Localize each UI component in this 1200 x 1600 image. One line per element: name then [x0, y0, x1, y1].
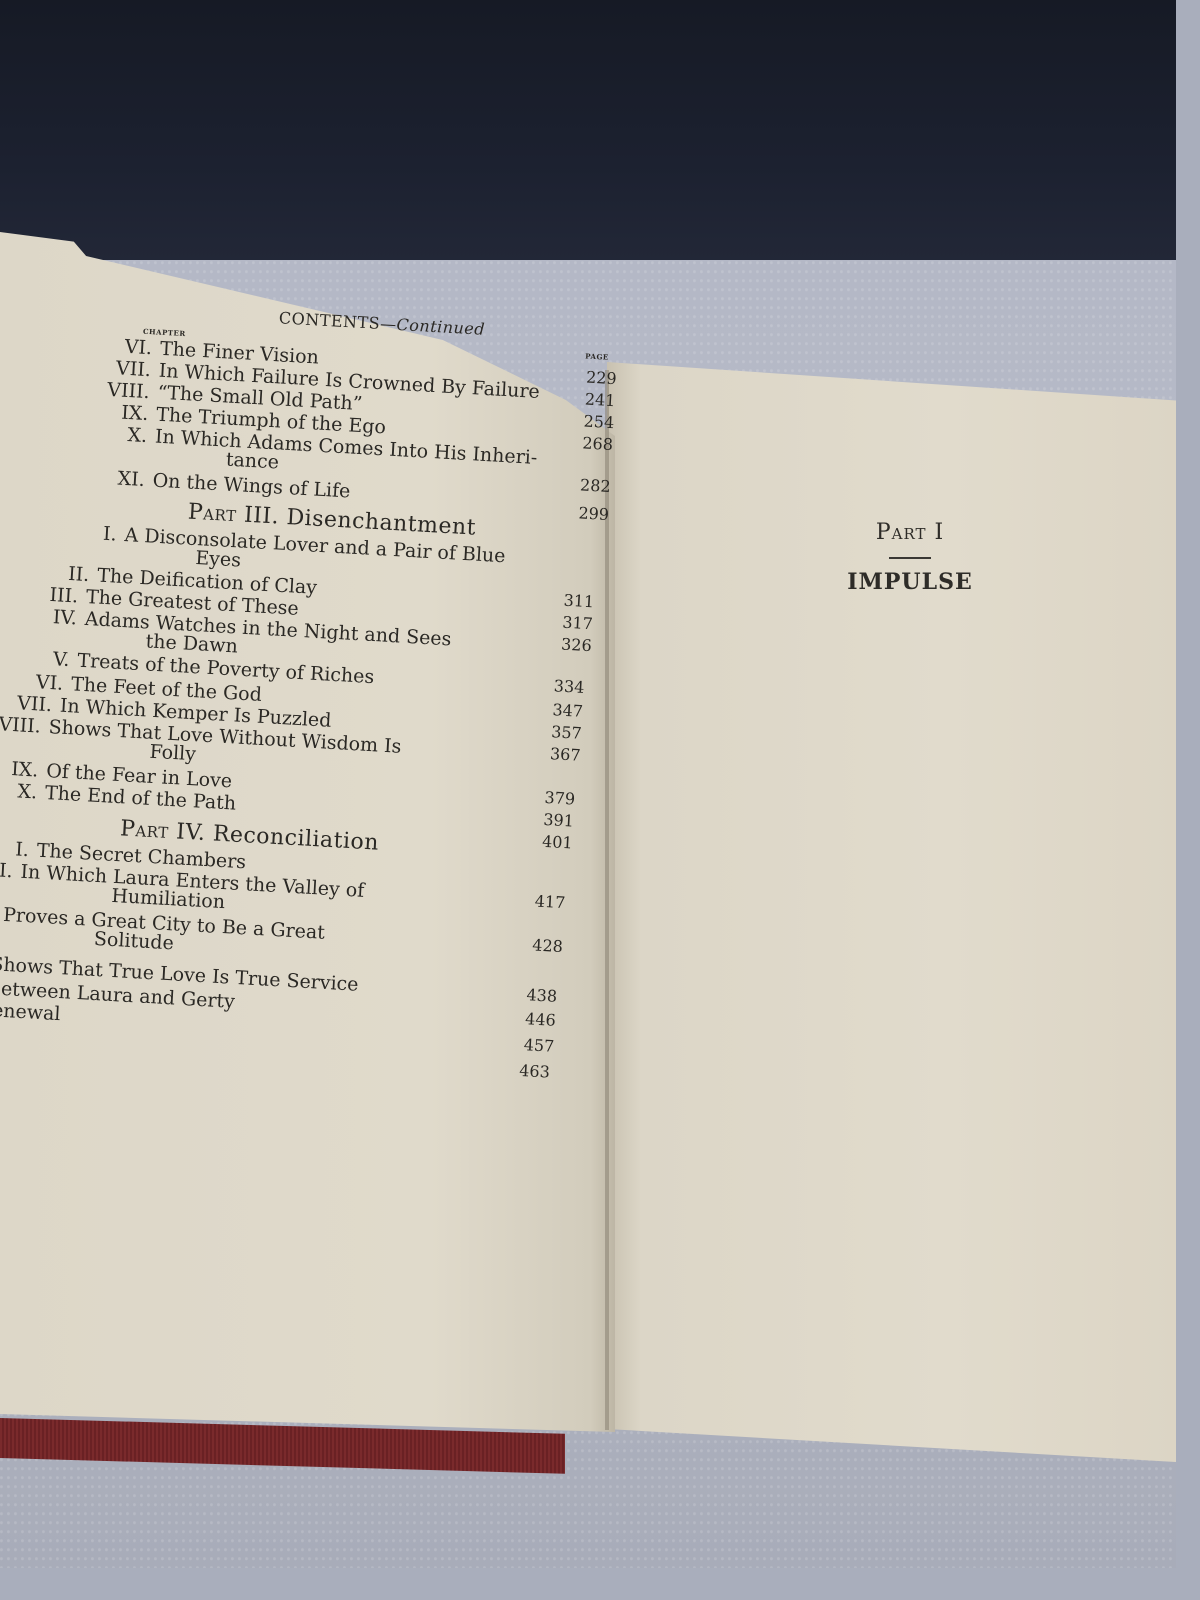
chapter-number: VIII. — [89, 380, 150, 402]
page-number: 438 — [526, 985, 558, 1006]
table-of-contents: CONTENTS—Continued CHAPTER PAGE VI.The F… — [0, 283, 620, 1196]
chapter-number: VIII. — [0, 714, 41, 736]
part-label: Part I — [820, 520, 1000, 545]
chapter-number: X. — [0, 780, 38, 802]
page-number: 299 — [578, 503, 610, 524]
page-number: 428 — [532, 935, 564, 956]
page-number: 357 — [551, 722, 583, 743]
chapter-number: IV. — [16, 606, 77, 628]
dark-fabric-backdrop — [0, 0, 1176, 275]
contents-heading-suffix: —Continued — [380, 314, 486, 339]
contents-heading-text: CONTENTS — [278, 308, 380, 333]
page-column-label: PAGE — [585, 351, 609, 361]
page-number: 229 — [586, 368, 618, 389]
contents-heading: CONTENTS—Continued — [278, 308, 485, 338]
chapter-number: XI. — [84, 468, 145, 490]
chapter-number: X. — [87, 424, 148, 446]
chapter-number: III. — [18, 584, 79, 606]
page-number: 446 — [525, 1009, 557, 1030]
part-label: Part III. — [187, 500, 279, 530]
page-number: 241 — [584, 390, 616, 411]
chapter-number: VII. — [0, 693, 52, 715]
page-number: 401 — [542, 832, 574, 853]
page-number: 457 — [523, 1035, 555, 1056]
page-number: 311 — [563, 591, 595, 612]
page-number: 334 — [553, 676, 585, 697]
part-label: Part IV. — [119, 816, 206, 846]
chapter-number: II. — [0, 859, 13, 881]
chapter-number: IX. — [88, 402, 149, 424]
part-title-page: Part I IMPULSE — [820, 520, 1000, 595]
page-number: 379 — [544, 788, 576, 809]
page-number: 317 — [562, 613, 594, 634]
chapter-number: VI. — [3, 671, 64, 693]
page-number: 326 — [561, 635, 593, 656]
page-number: 417 — [534, 892, 566, 913]
part-name: IMPULSE — [820, 569, 1000, 595]
title-rule — [889, 557, 931, 559]
page-number: 463 — [519, 1061, 551, 1082]
chapter-number: V. — [9, 648, 70, 670]
chapter-number: I. — [56, 522, 117, 544]
page-number: 282 — [580, 475, 612, 496]
page-number: 367 — [550, 744, 582, 765]
page-number: 268 — [582, 433, 614, 454]
page-number: 254 — [583, 411, 615, 432]
chapter-number: VI. — [92, 336, 153, 358]
chapter-number: II. — [29, 563, 90, 585]
page-number: 391 — [543, 810, 575, 831]
chapter-number: VII. — [90, 358, 151, 380]
chapter-number: I. — [0, 838, 29, 860]
page-number: 347 — [552, 700, 584, 721]
chapter-number: IX. — [0, 758, 39, 780]
chapter-title: Renewal — [0, 999, 61, 1026]
